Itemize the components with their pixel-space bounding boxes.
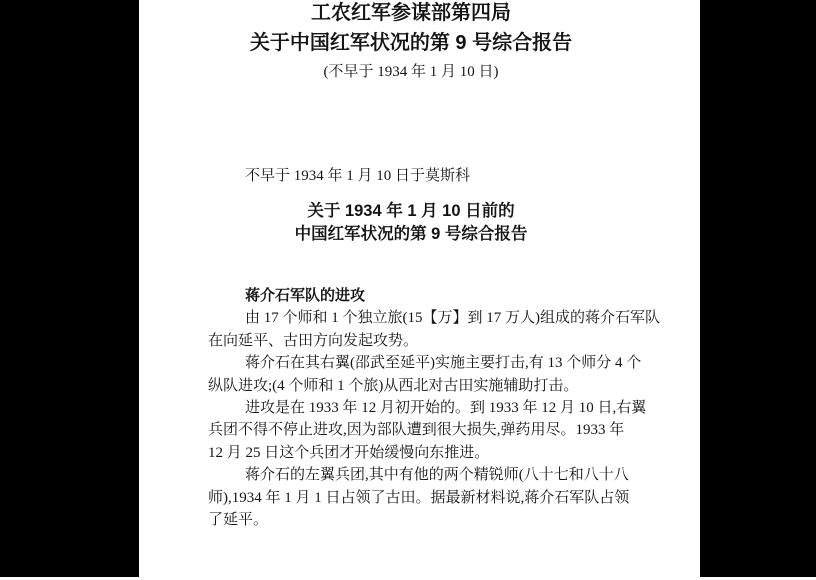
body-line: 纵队进攻;(4 个师和 1 个旅)从西北对古田实施辅助打击。: [208, 375, 620, 397]
body-text-block: 蒋介石军队的进攻 由 17 个师和 1 个独立旅(15【万】到 17 万人)组成…: [208, 285, 620, 531]
report-heading-line-1: 关于 1934 年 1 月 10 日前的: [208, 200, 614, 223]
body-line: 蒋介石在其右翼(邵武至延平)实施主要打击,有 13 个师分 4 个: [208, 352, 620, 374]
report-heading: 关于 1934 年 1 月 10 日前的 中国红军状况的第 9 号综合报告: [208, 200, 614, 246]
body-line: 蒋介石的左翼兵团,其中有他的两个精锐师(八十七和八十八: [208, 464, 620, 486]
dateline-moscow: 不早于 1934 年 1 月 10 日于莫斯科: [245, 167, 470, 186]
document-date-subtitle: (不早于 1934 年 1 月 10 日): [208, 63, 614, 82]
right-matte-bar: [700, 0, 816, 577]
section-heading: 蒋介石军队的进攻: [208, 285, 620, 307]
body-line: 师),1934 年 1 月 1 日占领了古田。据最新材料说,蒋介石军队占领: [208, 487, 620, 509]
body-line: 由 17 个师和 1 个独立旅(15【万】到 17 万人)组成的蒋介石军队: [208, 307, 620, 329]
report-heading-line-2: 中国红军状况的第 9 号综合报告: [208, 223, 614, 246]
left-matte-bar: [0, 0, 139, 577]
body-line: 12 月 25 日这个兵团才开始缓慢向东推进。: [208, 442, 620, 464]
body-line: 兵团不得不停止进攻,因为部队遭到很大损失,弹药用尽。1933 年: [208, 419, 620, 441]
body-line: 了延平。: [208, 509, 620, 531]
document-title-line-2: 关于中国红军状况的第 9 号综合报告: [208, 31, 614, 55]
document-title-line-1: 工农红军参谋部第四局: [208, 1, 614, 25]
scanned-document-page: 工农红军参谋部第四局 关于中国红军状况的第 9 号综合报告 (不早于 1934 …: [0, 0, 816, 580]
body-line: 在向延平、古田方向发起攻势。: [208, 330, 620, 352]
body-line: 进攻是在 1933 年 12 月初开始的。到 1933 年 12 月 10 日,…: [208, 397, 620, 419]
